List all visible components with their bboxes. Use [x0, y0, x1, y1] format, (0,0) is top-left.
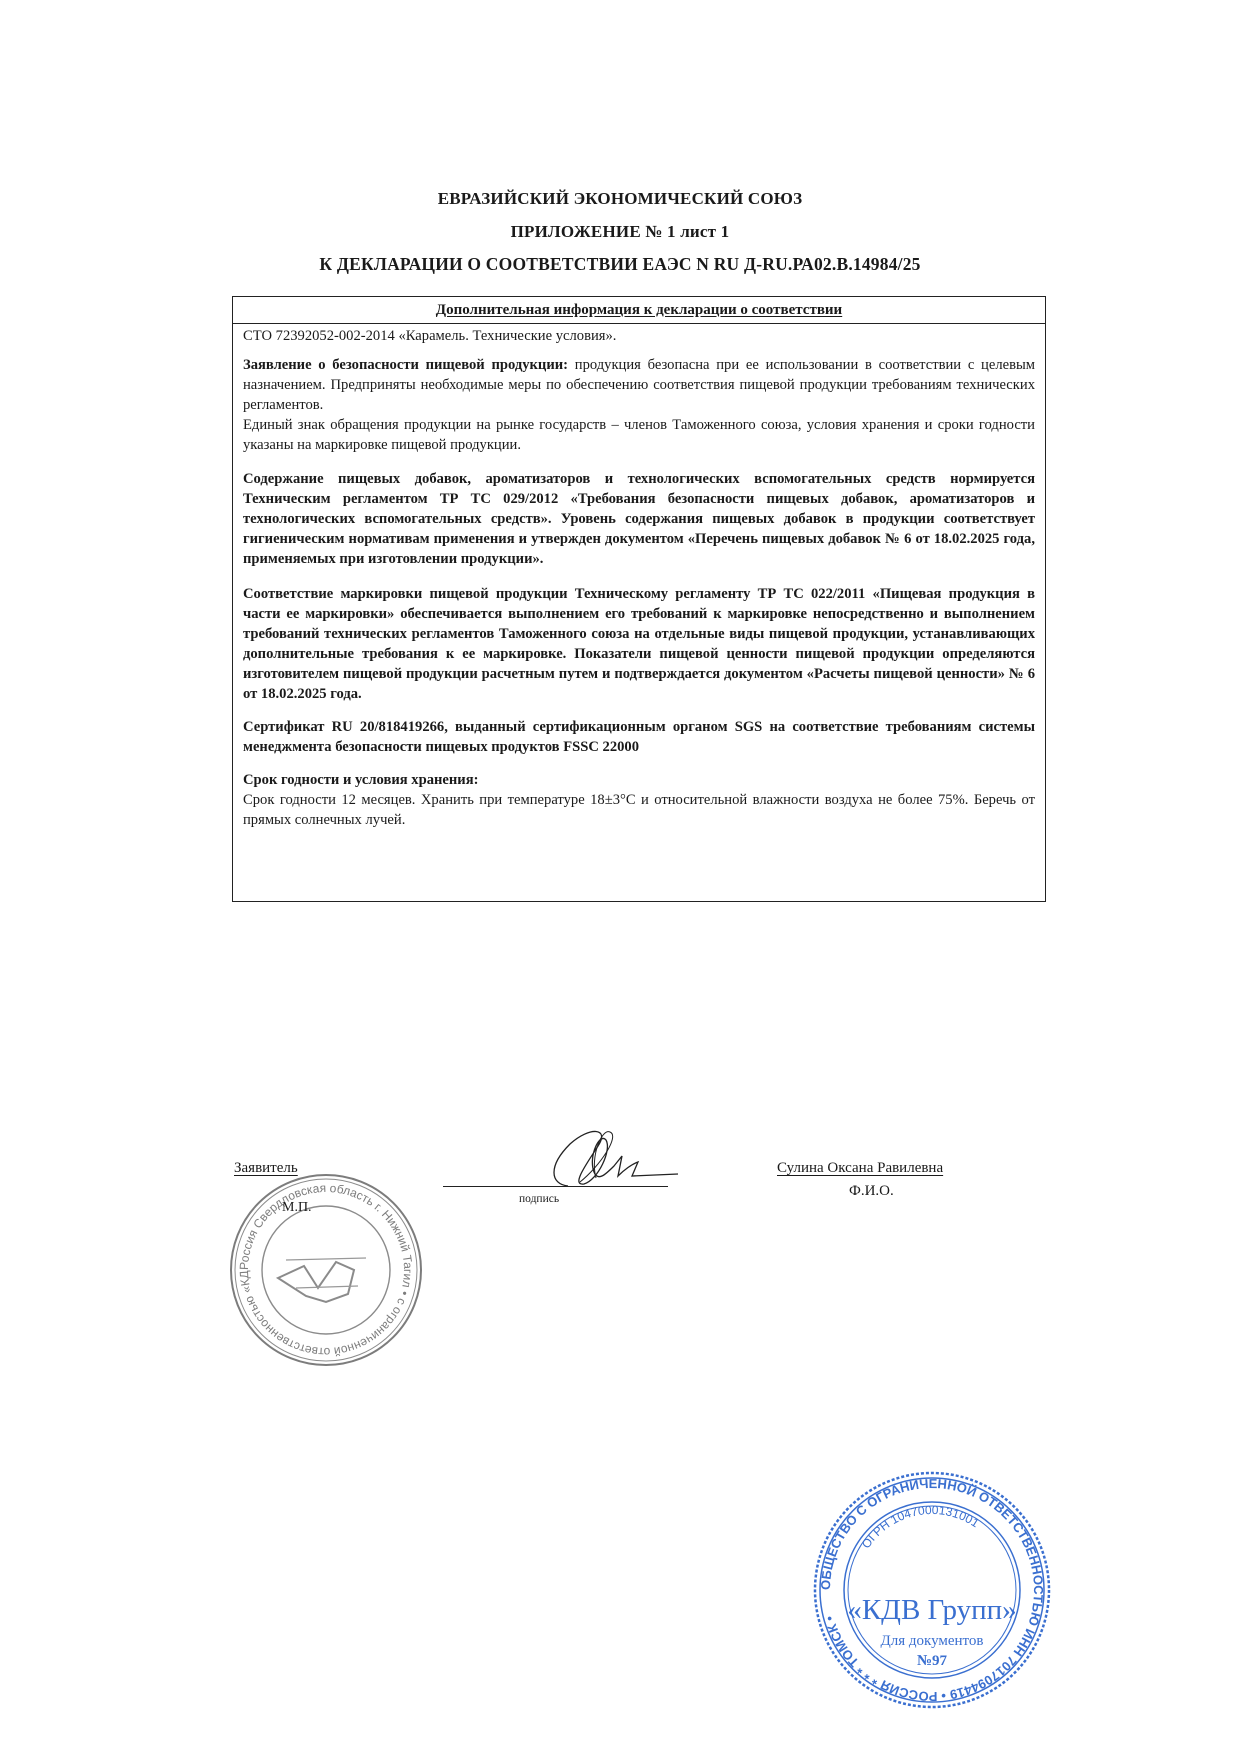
- signature-caption: подпись: [519, 1193, 559, 1205]
- storage-heading: Срок годности и условия хранения:: [243, 770, 1035, 790]
- union-title: ЕВРАЗИЙСКИЙ ЭКОНОМИЧЕСКИЙ СОЮЗ: [0, 189, 1240, 209]
- handwritten-signature: [540, 1126, 680, 1194]
- svg-text:Россия Свердловская область г.: Россия Свердловская область г. Нижний Та…: [226, 1170, 415, 1359]
- table-body: СТО 72392052-002-2014 «Карамель. Техниче…: [233, 324, 1045, 830]
- safety-statement: Заявление о безопасности пищевой продукц…: [243, 355, 1035, 455]
- left-stamp-ring-text: Россия Свердловская область г. Нижний Та…: [226, 1170, 415, 1359]
- company-stamp: ОБЩЕСТВО С ОГРАНИЧЕННОЙ ОТВЕТСТВЕННОСТЬЮ…: [812, 1470, 1052, 1710]
- signature-line: [443, 1186, 668, 1187]
- stamp-number: №97: [812, 1653, 1052, 1670]
- applicant-label: Заявитель: [234, 1160, 298, 1177]
- stamp-inner-ring-text: ОГРН 1047000131001: [859, 1503, 982, 1551]
- storage-text: Срок годности 12 месяцев. Хранить при те…: [243, 790, 1035, 830]
- company-stamp-rings: ОБЩЕСТВО С ОГРАНИЧЕННОЙ ОТВЕТСТВЕННОСТЬЮ…: [812, 1470, 1052, 1710]
- additional-info-table: Дополнительная информация к декларации о…: [232, 296, 1046, 902]
- applicant-seal-stamp: Россия Свердловская область г. Нижний Та…: [226, 1170, 426, 1370]
- market-mark-text: Единый знак обращения продукции на рынке…: [243, 415, 1035, 455]
- document-page: ЕВРАЗИЙСКИЙ ЭКОНОМИЧЕСКИЙ СОЮЗ ПРИЛОЖЕНИ…: [0, 0, 1240, 1754]
- seal-label: М.П.: [282, 1200, 312, 1216]
- storage-section: Срок годности и условия хранения: Срок г…: [243, 770, 1035, 830]
- signatory-name: Сулина Оксана Равилевна: [777, 1160, 943, 1177]
- table-title: Дополнительная информация к декларации о…: [233, 297, 1045, 324]
- standard-reference: СТО 72392052-002-2014 «Карамель. Техниче…: [243, 326, 1035, 346]
- signatory-name-caption: Ф.И.О.: [849, 1183, 894, 1200]
- stamp-brand-name: «КДВ Групп»: [812, 1594, 1052, 1627]
- svg-text:ОГРН 1047000131001: ОГРН 1047000131001: [859, 1503, 982, 1551]
- additives-paragraph: Содержание пищевых добавок, ароматизатор…: [243, 469, 1035, 569]
- appendix-title: ПРИЛОЖЕНИЕ № 1 лист 1: [0, 222, 1240, 242]
- labeling-paragraph: Соответствие маркировки пищевой продукци…: [243, 584, 1035, 704]
- stamp-purpose: Для документов: [812, 1633, 1052, 1650]
- safety-lead: Заявление о безопасности пищевой продукц…: [243, 357, 568, 373]
- declaration-title: К ДЕКЛАРАЦИИ О СООТВЕТСТВИИ ЕАЭС N RU Д-…: [0, 254, 1240, 275]
- certificate-paragraph: Сертификат RU 20/818419266, выданный сер…: [243, 717, 1035, 757]
